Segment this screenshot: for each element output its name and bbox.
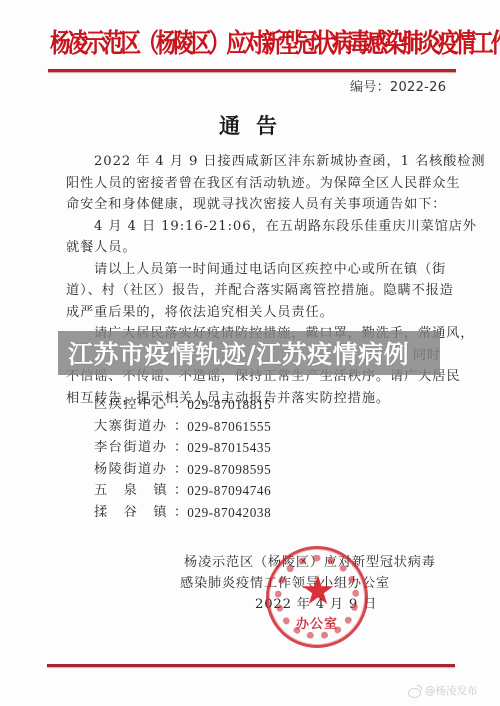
contact-label: 区疾控中心 [94, 394, 174, 416]
weibo-watermark: @杨凌发布 [408, 683, 478, 698]
contact-row: 杨陵街道办 ： 029-87098595 [94, 459, 271, 481]
contact-separator: ： [174, 480, 187, 502]
seal-label: 办公室 [269, 613, 365, 632]
body-line: 就餐人员。 [66, 237, 441, 259]
contact-label-char: 五 [94, 480, 109, 502]
official-seal: 办公室 [266, 546, 368, 648]
contact-label-char: 泉 [124, 480, 139, 502]
overlay-title: 江苏市疫情轨迹/江苏疫情病例 [68, 335, 409, 371]
contact-label: 杨陵街道办 [94, 459, 174, 481]
body-line: 4 月 4 日 19:16-21:06，在五胡路东段乐佳重庆川菜馆店外 [66, 216, 441, 238]
contact-label-char: 揉 [94, 502, 109, 524]
weibo-icon [408, 685, 422, 697]
body-line: 命安全和身体健康，现就寻找次密接人员有关事项通告如下： [66, 194, 441, 216]
body-line: 请以上人员第一时间通过电话向区疾控中心或所在镇（街 [66, 259, 441, 281]
contact-phone: 029-87015435 [187, 437, 271, 459]
contact-separator: ： [174, 394, 187, 416]
contact-label-char: 谷 [124, 502, 139, 524]
body-line: 成严重后果的，将依法追究相关人员责任。 [66, 302, 441, 324]
body-line: 道）、村（社区）报告，并配合落实隔离管控措施。隐瞒不报造 [66, 280, 441, 302]
body-line: 阳性人员的密接者曾在我区有活动轨迹。为保障全区人民群众生 [66, 173, 441, 195]
contact-phone: 029-87042038 [187, 502, 271, 524]
contact-label-char: 镇 [153, 502, 168, 524]
contact-row: 五 泉 镇 ： 029-87094746 [94, 480, 271, 502]
contact-label: 李台街道办 [94, 437, 174, 459]
document-number: 编号：2022-26 [350, 76, 446, 95]
contact-row: 揉 谷 镇 ： 029-87042038 [94, 502, 271, 524]
contact-separator: ： [174, 437, 187, 459]
contact-phone: 029-87061555 [187, 416, 271, 438]
contact-phone: 029-87018815 [187, 394, 271, 416]
notice-title: 通告 [0, 110, 500, 140]
contact-row: 区疾控中心 ： 029-87018815 [94, 394, 271, 416]
body-line: 2022 年 4 月 9 日接西咸新区沣东新城协查函，1 名核酸检测 [66, 151, 441, 173]
issuer-header-title: 杨凌示范区（杨陵区）应对新型冠状病毒感染肺炎疫情工作领导小组办公室 [50, 24, 367, 64]
footer-red-rule [47, 664, 455, 667]
contact-phone: 029-87098595 [187, 459, 271, 481]
contact-phone: 029-87094746 [187, 480, 271, 502]
contact-row: 李台街道办 ： 029-87015435 [94, 437, 271, 459]
contact-row: 大寨街道办 ： 029-87061555 [94, 416, 271, 438]
notice-document: 杨凌示范区（杨陵区）应对新型冠状病毒感染肺炎疫情工作领导小组办公室 编号：202… [0, 0, 500, 706]
contact-label: 五 泉 镇 [94, 480, 168, 502]
contact-list: 区疾控中心 ： 029-87018815 大寨街道办 ： 029-8706155… [94, 394, 271, 523]
watermark-text: @杨凌发布 [425, 683, 478, 698]
contact-separator: ： [174, 502, 187, 524]
contact-separator: ： [174, 459, 187, 481]
contact-label: 揉 谷 镇 [94, 502, 168, 524]
contact-label-char: 镇 [153, 480, 168, 502]
contact-label: 大寨街道办 [94, 416, 174, 438]
overlay-title-banner: 江苏市疫情轨迹/江苏疫情病例 [58, 331, 440, 375]
contact-separator: ： [174, 416, 187, 438]
header-red-rule [48, 69, 456, 72]
